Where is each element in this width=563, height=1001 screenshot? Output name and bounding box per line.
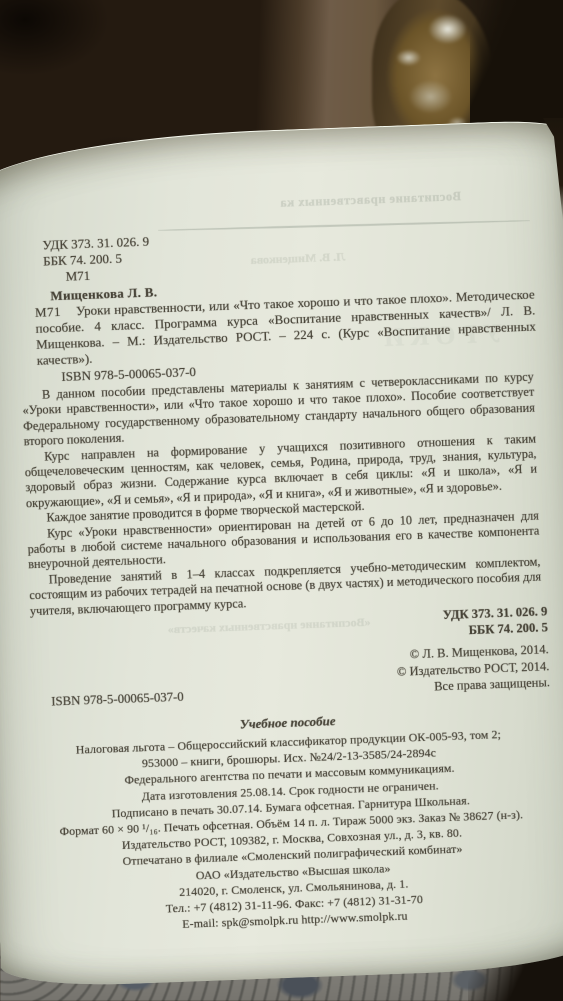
book-page-photo: Воспитание нравственных ка Л. В. Мищенко… [0, 0, 563, 1001]
isbn-bottom: ISBN 978-5-00065-037-0 [51, 689, 184, 710]
page-text-layer: Воспитание нравственных ка Л. В. Мищенко… [0, 120, 563, 988]
show-through-author: Л. В. Мищенкова [215, 248, 345, 269]
colophon: Налоговая льгота – Общероссийский класси… [7, 724, 563, 939]
catalog-codes: УДК 373. 31. 026. 9 ББК 74. 200. 5 М71 [42, 234, 150, 286]
annotation: В данном пособии представлены материалы … [22, 370, 542, 620]
show-through-series: «Воспитание нравственных качеств» [100, 614, 370, 640]
copyright-block: © Л. В. Мищенкова, 2014. © Издательство … [396, 641, 550, 696]
show-through-rule [158, 220, 530, 231]
book-page: Воспитание нравственных ка Л. В. Мищенко… [0, 119, 563, 988]
catalog-codes-right: УДК 373. 31. 026. 9 ББК 74. 200. 5 [443, 603, 549, 639]
author-sign-code: М71 [65, 266, 150, 285]
entry-code: М71 [35, 304, 62, 320]
show-through-title: Воспитание нравственных ка [231, 188, 461, 212]
